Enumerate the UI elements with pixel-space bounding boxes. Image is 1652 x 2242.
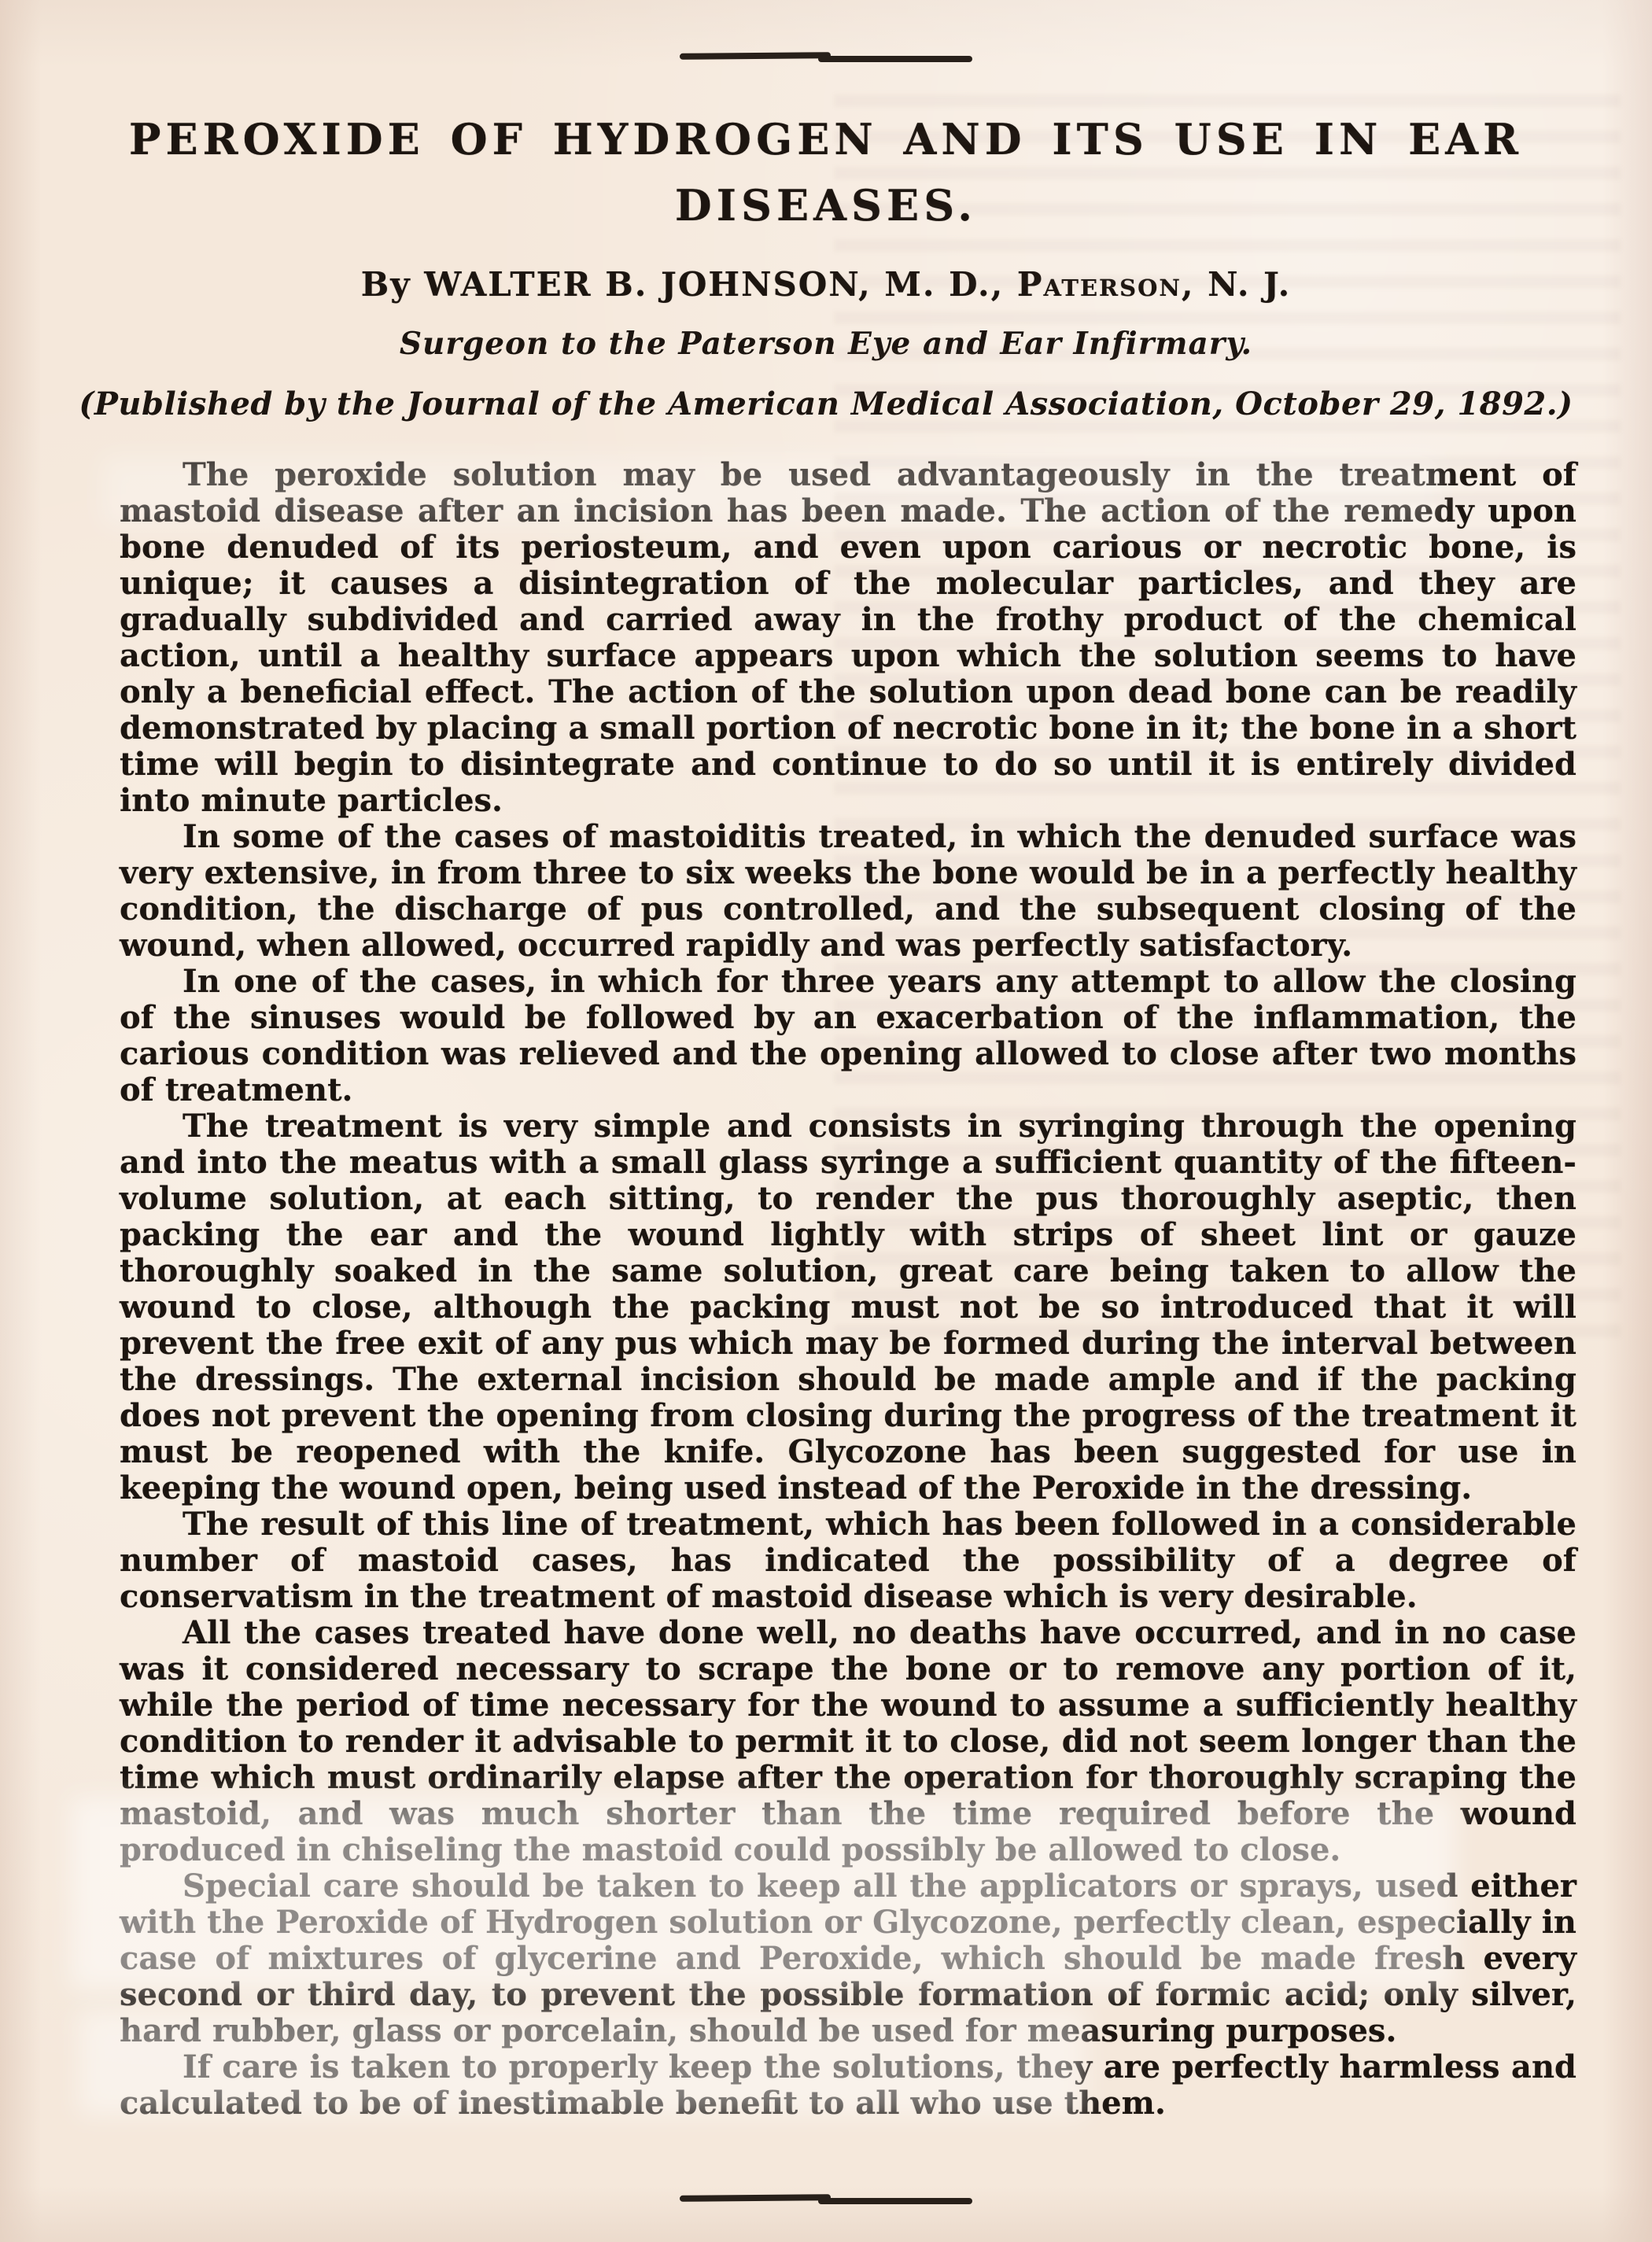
rule-segment: [818, 2198, 972, 2204]
paragraph: All the cases treated have done well, no…: [120, 1615, 1576, 1868]
top-divider-rule: [680, 52, 972, 63]
article-title: PEROXIDE OF HYDROGEN AND ITS USE IN EAR …: [118, 107, 1534, 238]
rule-segment: [818, 56, 972, 62]
paragraph: If care is taken to properly keep the so…: [120, 2049, 1576, 2122]
paragraph: The peroxide solution may be used advant…: [120, 457, 1576, 819]
bottom-divider-rule: [680, 2194, 972, 2205]
paragraph: In some of the cases of mastoiditis trea…: [120, 819, 1576, 964]
paragraph: The treatment is very simple and consist…: [120, 1108, 1576, 1506]
publication-line: (Published by the Journal of the America…: [0, 385, 1652, 422]
article-byline: By WALTER B. JOHNSON, M. D., Paterson, N…: [0, 265, 1652, 304]
byline-prefix: By: [361, 265, 425, 304]
paragraph: Special care should be taken to keep all…: [120, 1868, 1576, 2049]
paragraph: In one of the cases, in which for three …: [120, 964, 1576, 1108]
rule-segment: [680, 2195, 831, 2203]
byline-author: WALTER B. JOHNSON, M. D.,: [424, 265, 1017, 304]
scanned-document-page: PEROXIDE OF HYDROGEN AND ITS USE IN EAR …: [0, 0, 1652, 2242]
author-affiliation: Surgeon to the Paterson Eye and Ear Infi…: [0, 326, 1652, 362]
rule-segment: [680, 52, 831, 60]
byline-location: Paterson, N. J.: [1017, 265, 1291, 304]
article-body: The peroxide solution may be used advant…: [120, 457, 1576, 2122]
paragraph: The result of this line of treatment, wh…: [120, 1506, 1576, 1615]
